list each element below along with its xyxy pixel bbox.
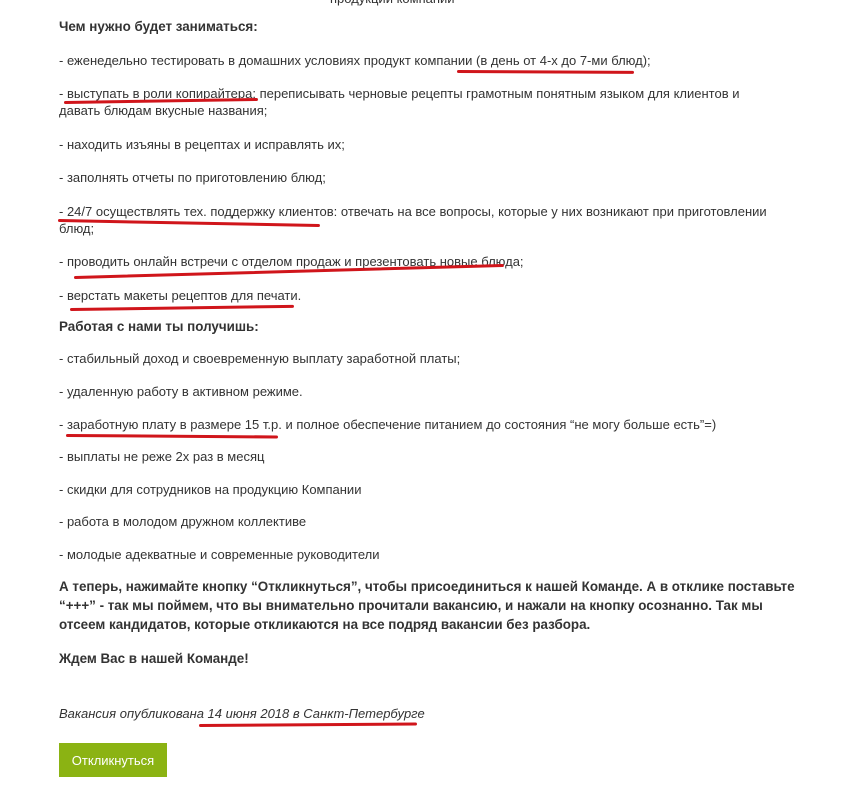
apply-button[interactable]: Откликнуться	[59, 743, 167, 777]
red-underline-annotation	[66, 434, 278, 438]
benefit-item: - молодые адекватные и современные руков…	[59, 547, 380, 563]
duties-heading: Чем нужно будет заниматься:	[59, 19, 258, 35]
published-info: Вакансия опубликована 14 июня 2018 в Сан…	[59, 706, 425, 722]
benefit-item: - скидки для сотрудников на продукцию Ко…	[59, 482, 361, 498]
call-to-action-line: “+++” - так мы поймем, что вы внимательн…	[59, 598, 763, 614]
duty-item-continued: блюд;	[59, 221, 94, 237]
vacancy-description: продукции компании Чем нужно будет заним…	[0, 0, 853, 792]
benefit-item: - работа в молодом дружном коллективе	[59, 514, 306, 530]
call-to-action-line: А теперь, нажимайте кнопку “Откликнуться…	[59, 579, 795, 595]
benefit-item: - заработную плату в размере 15 т.р. и п…	[59, 417, 716, 433]
duty-item: - находить изъяны в рецептах и исправлят…	[59, 137, 345, 153]
clipped-text: продукции компании	[330, 0, 455, 6]
duty-item: - еженедельно тестировать в домашних усл…	[59, 53, 651, 69]
red-underline-annotation	[58, 219, 320, 227]
red-underline-annotation	[70, 305, 294, 311]
benefits-heading: Работая с нами ты получишь:	[59, 319, 259, 335]
duty-item: - заполнять отчеты по приготовлению блюд…	[59, 170, 326, 186]
red-underline-annotation	[457, 70, 634, 74]
call-to-action-line: отсеем кандидатов, которые откликаются н…	[59, 617, 590, 633]
duty-item: - 24/7 осуществлять тех. поддержку клиен…	[59, 204, 767, 220]
duty-item: - верстать макеты рецептов для печати.	[59, 288, 301, 304]
benefit-item: - стабильный доход и своевременную выпла…	[59, 351, 460, 367]
benefit-item: - удаленную работу в активном режиме.	[59, 384, 303, 400]
red-underline-annotation	[199, 722, 417, 727]
closing-text: Ждем Вас в нашей Команде!	[59, 651, 249, 667]
duty-item-continued: давать блюдам вкусные названия;	[59, 103, 267, 119]
benefit-item: - выплаты не реже 2х раз в месяц	[59, 449, 264, 465]
